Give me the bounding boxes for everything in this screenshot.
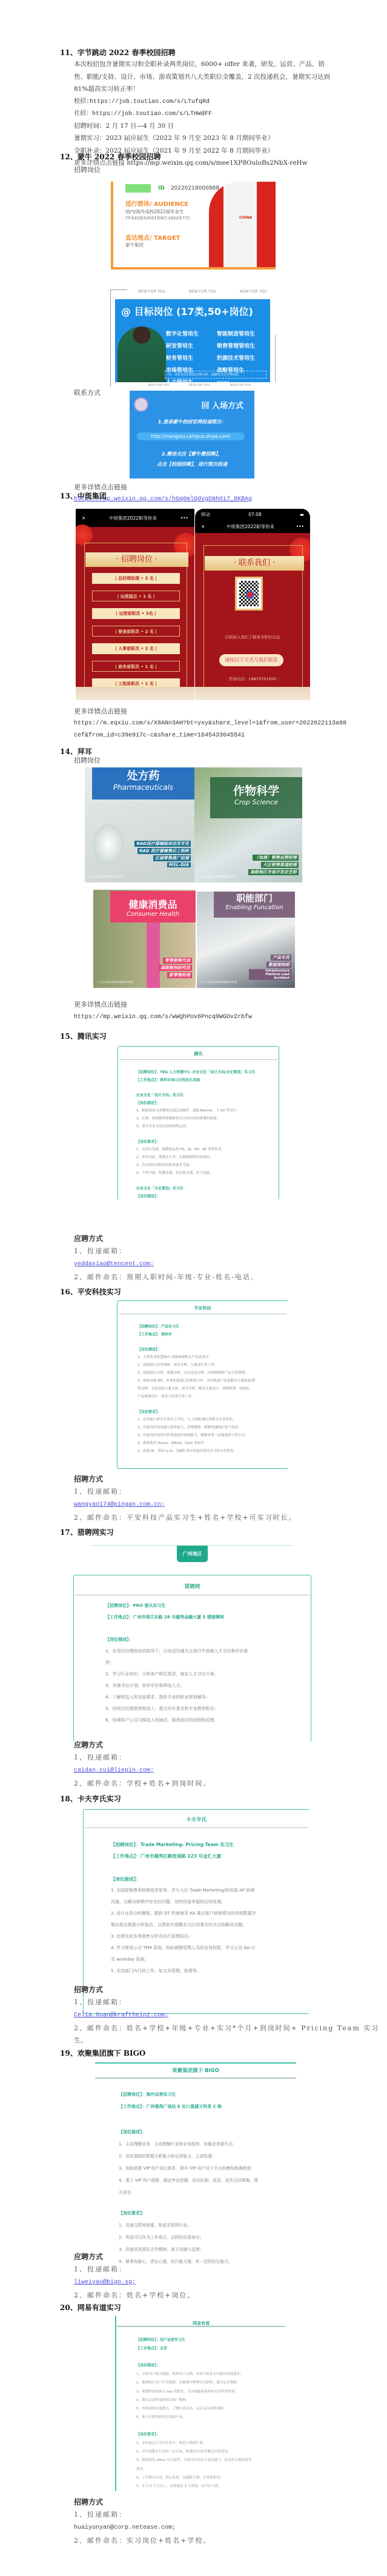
- bayer-tile-pharma: 处方药Pharmaceuticals RAD医疗器械临床应用专员RAD 医疗器械…: [85, 767, 194, 882]
- apply-url: http://mengniu.campus.zhiye.com/: [137, 432, 245, 440]
- bayer-more-link[interactable]: https://mp.weixin.qq.com/s/wWQhPUv6Pncq9…: [74, 1010, 252, 1024]
- bayer-more-label: 更多详情点击链接: [74, 999, 127, 1009]
- decor-arrow: [110, 290, 127, 290]
- section-title-kraftheinz: 18、卡夫亨氏实习: [60, 1793, 121, 1804]
- liepin-email-link[interactable]: caidan.cui@liepin.com;: [74, 1767, 154, 1774]
- tile-band: 作物科学Crop Science: [210, 777, 302, 818]
- section-title-youdao: 20、网易有道实习: [60, 2302, 121, 2313]
- position-item: | 督查部职员 • 2 名 |: [92, 626, 180, 637]
- bayer-positions-label: 招聘岗位: [74, 755, 101, 765]
- dragon-decor: [195, 687, 310, 700]
- tile-tags: （电商）销售运营经理大区销售渠道经理高级地区市场开发农艺师: [248, 855, 299, 875]
- youdao-card-body: 【招聘岗位】：用户运营实习生 【工作地点】：北京 【岗位描述】： 1、分析用户相…: [136, 2336, 251, 2491]
- card-title: 平安科技: [119, 1301, 286, 1314]
- poster-id: ID20220218000888: [158, 185, 219, 191]
- tile-tags: 零售销售代表高级制剂研究员新零售经理: [159, 958, 192, 978]
- phone-titlebar: ✕中斑集团2022职等你来•••: [195, 520, 310, 533]
- tencent-apply: 应聘方式 1、投递邮箱： yeddaxiao@tencent.com; 2、邮件…: [74, 1233, 259, 1283]
- battery-icon: ▬: [300, 512, 304, 517]
- bigo-email-link[interactable]: liweiyao@bigo.sg;: [74, 2279, 136, 2286]
- decor-line: [110, 290, 111, 386]
- more-icon: •••: [180, 515, 188, 521]
- tencent-card: 腾讯 【招聘岗位】：TEG 人力资源中心 企业文化「设计方向/文化策划」实习生 …: [117, 1046, 279, 1200]
- bayer-tile-enabling: 职能部门Enabling Funcation 产品专员数据架构师Infrastr…: [197, 892, 295, 988]
- lantern-decor: [76, 525, 93, 545]
- card-req-label: 【岗位要求】：: [136, 1138, 279, 1146]
- mengniu-contact-label: 联系方式: [74, 388, 101, 397]
- phone-titlebar: ✕中斑集团2022职等你来•••: [76, 509, 194, 527]
- section-title-mengniu: 12、蒙牛 2022 春季校园招聘: [60, 151, 160, 162]
- youdao-apply: 招聘方式 1、投递邮箱： huaiyunyan@corp.netease.com…: [74, 2496, 211, 2547]
- bayer-tile-crop: 作物科学Crop Science （电商）销售运营经理大区销售渠道经理高级地区市…: [194, 767, 302, 882]
- card-title: 猎聘网: [75, 1575, 309, 1595]
- pingan-email-link[interactable]: wangyao174@pingan.com.cn;: [74, 1502, 165, 1508]
- tencent-email-link[interactable]: yeddaxiao@tencent.com;: [74, 1261, 154, 1268]
- bytedance-intro: 本次校招包含暑期实习和全职补录两类岗位，6000+ offer 来袭，研发、运营…: [74, 58, 336, 96]
- section-title-zhongban: 13、中斑集团: [60, 491, 107, 501]
- status-bar: 移动07:08▬: [195, 509, 310, 520]
- card-location: 【工作地点】：深圳市南山区科技生态园: [136, 1076, 279, 1084]
- bigo-card-title: 欢聚集团旗下 BIGO: [95, 2065, 296, 2077]
- close-icon: ✕: [82, 515, 85, 521]
- bigo-card-body: 【招聘岗位】：海外运营实习生 【工作地点】：广州番禺广场站 E 出口基盛万科里 …: [119, 2088, 258, 2268]
- section-title-pingan: 16、平安科技实习: [60, 1286, 121, 1297]
- swipe-hint: 《《 向左滑动查看详细职位信息: [199, 981, 237, 984]
- zhongban-more-label: 更多详情点击链接: [74, 706, 127, 716]
- youdao-email[interactable]: huaiyunyan@corp.netease.com;: [74, 2525, 176, 2531]
- bytedance-time: 招聘时间：2 月 17 日—4 月 30 日: [74, 120, 174, 133]
- zhongban-more-link-cont[interactable]: cef&from_id=c39e917c-c&share_time=164543…: [74, 729, 245, 743]
- apply-step2a: 2.微信关注【蒙牛微招聘】，: [130, 451, 254, 457]
- liepin-card: 猎聘网 【招聘岗位】：PRO 猎头实习生 【工作地点】：广州市珠江东路 28 号…: [73, 1575, 311, 1742]
- more-icon: •••: [296, 524, 304, 529]
- figure-decor: [147, 922, 160, 988]
- ribbon-title: · 联系我们 ·: [205, 556, 304, 571]
- tile-band: 处方药Pharmaceuticals: [92, 767, 194, 800]
- apply-step1: 1.登录蒙牛校招官网投递简历：: [130, 419, 254, 425]
- kraftheinz-apply: 招聘方式 1、投递邮箱： Celia.Guan@kraftheinz.com; …: [74, 1984, 334, 2047]
- tile-band: 健康消费品Consumer Health: [110, 891, 196, 922]
- swipe-hint: 《《 向左滑动查看详细职位信息: [96, 981, 133, 984]
- zhongban-phone-contact: 移动07:08▬ ✕中斑集团2022职等你来••• · 联系我们 · 扫码加入我…: [195, 509, 310, 700]
- audience-value: 国内/海外高校2022届毕业生: [125, 209, 184, 215]
- bigo-apply: 应聘方式 1、投递邮箱： liweiyao@bigo.sg; 2、邮件命名：姓名…: [74, 2251, 195, 2302]
- scan-text: 扫码加入我们了解更多职位信息: [195, 634, 310, 640]
- position-item: | 人事部职员 • 2 名 |: [92, 643, 180, 654]
- poster-note: *注：岗位发布以校招官网为准，请随时关注官网更新。: [165, 371, 266, 379]
- nfy-label: NEW FOR YOU: [240, 290, 267, 294]
- tile-band: 职能部门Enabling Funcation: [214, 892, 295, 918]
- card-title: 腾讯: [119, 1047, 277, 1060]
- bytedance-summer: 暑期实习：2023 届应届生（2022 年 9 月至 2023 年 8 月期间毕…: [74, 132, 274, 145]
- card-role: 企业文化「文化策划」实习生: [136, 1185, 279, 1193]
- nfy-label: NEW FOR YOU: [189, 384, 210, 387]
- athlete-photo: [117, 326, 166, 382]
- section-title-tencent: 15、腾讯实习: [60, 1031, 107, 1041]
- apply-title: 回 入场方式: [201, 399, 243, 411]
- card-title-rule: [117, 2326, 285, 2327]
- qr-code: [235, 577, 263, 611]
- close-icon: ✕: [201, 524, 205, 529]
- card-top-rule: [95, 2062, 296, 2064]
- position-item: | 总经理助理 • 2 名 |: [92, 573, 180, 584]
- card-position: 【招聘岗位】：TEG 人力资源中心 企业文化「设计方向/文化策划」实习生: [136, 1068, 279, 1076]
- region-badge: 广州地区: [177, 1546, 208, 1562]
- apply-step2b: 点击【校园招聘】，进行简历投递: [130, 461, 254, 468]
- mascot-icon: [134, 397, 148, 412]
- section-title-bigo: 19、欢聚集团旗下 BIGO: [60, 2048, 145, 2058]
- audience-label: 适行群体/ AUDIENCE: [125, 199, 188, 208]
- youdao-card-title: 网易有道: [117, 2318, 285, 2329]
- pingan-card: 平安科技 【招聘岗位】：产品实习生 【工作地点】：深圳市 【岗位描述】： 1、主…: [117, 1300, 288, 1469]
- nfy-label: NEW FOR YOU: [230, 384, 251, 387]
- tile-tags: 产品专员数据架构师Infrastructure Platform Lead Ar…: [249, 955, 291, 980]
- id-badge: [125, 184, 151, 193]
- audience-note: (毕业时间为2021年9月-2022年7月): [125, 215, 190, 221]
- bayer-tile-consumer: 健康消费品Consumer Health 零售销售代表高级制剂研究员新零售经理 …: [93, 890, 196, 988]
- decor-line: [275, 335, 276, 382]
- position-item: | 商务部职员 • 1 名 |: [92, 661, 180, 672]
- nfy-label: NEW FOR YOU: [148, 384, 169, 387]
- swipe-hint: 《《 向左滑动查看详细职位信息: [197, 875, 234, 879]
- liepin-apply: 应聘方式 1、投递邮箱： caidan.cui@liepin.com; 2、邮件…: [74, 1739, 211, 1790]
- mengniu-poster-positions: @ 目标岗位 (17类,50+岗位) 数字化管培生智能制造管培生 研发管培生销售…: [115, 299, 270, 382]
- zhongban-phone-positions: ✕中斑集团2022职等你来••• · 招聘岗位 · | 总经理助理 • 2 名 …: [76, 509, 194, 700]
- card-role: 企业文化「设计方向」实习生: [136, 1091, 279, 1099]
- target-label: 直达地点/ TARGET: [125, 233, 180, 242]
- card-title-rule: [95, 2078, 296, 2079]
- nfy-label: NEW FOR YOU: [138, 290, 165, 294]
- pingan-apply: 招聘方式 1、投递邮箱： wangyao174@pingan.com.cn; 2…: [74, 1473, 297, 1524]
- card-desc-label: 【岗位描述】：: [136, 1099, 279, 1107]
- mengniu-positions-label: 招聘岗位: [74, 165, 101, 174]
- position-item: | 运营部职员 • 3名 |: [92, 608, 180, 619]
- ribbon-title: · 招聘岗位 ·: [85, 552, 188, 567]
- tile-tags: RAD医疗器械临床应用专员RAD 医疗器械售后工程师区域零售推广经理MSL-DI…: [134, 841, 191, 867]
- card-left-rule: [115, 2316, 116, 2491]
- swipe-hint: 《 向左滑动查看详细职位信息: [87, 875, 124, 879]
- contact-pill: 请按以下方式与我们联系: [219, 654, 283, 666]
- card-title: 卡夫亨氏: [85, 1810, 308, 1828]
- flask-decor: [93, 824, 124, 864]
- bytedance-social-link[interactable]: 社招：https://job.toutiao.com/s/LTHWdFF: [74, 107, 212, 121]
- mengniu-poster-audience: ID20220218000888 适行群体/ AUDIENCE 国内/海外高校2…: [111, 182, 276, 270]
- contact-phone: · 咨询电话：19833701950 ·: [195, 676, 310, 681]
- section-title-bytedance: 11、字节跳动 2022 春季校园招聘: [60, 47, 175, 58]
- nfy-label: NEW FOR YOU: [189, 290, 216, 294]
- position-item: | 运营副总 • 1 名 |: [92, 591, 180, 601]
- mengniu-poster-apply: 回 入场方式 1.登录蒙牛校招官网投递简历： http://mengniu.ca…: [130, 391, 254, 478]
- poster-positions-title: @ 目标岗位 (17类,50+岗位): [121, 304, 253, 318]
- target-value: 蒙牛集团: [125, 242, 144, 248]
- kraftheinz-email-link[interactable]: Celia.Guan@kraftheinz.com;: [74, 2012, 168, 2019]
- section-title-liepin: 17、猎聘网实习: [60, 1527, 114, 1537]
- dragon-decor: [76, 687, 194, 700]
- athlete-photo: CHINA: [209, 182, 276, 270]
